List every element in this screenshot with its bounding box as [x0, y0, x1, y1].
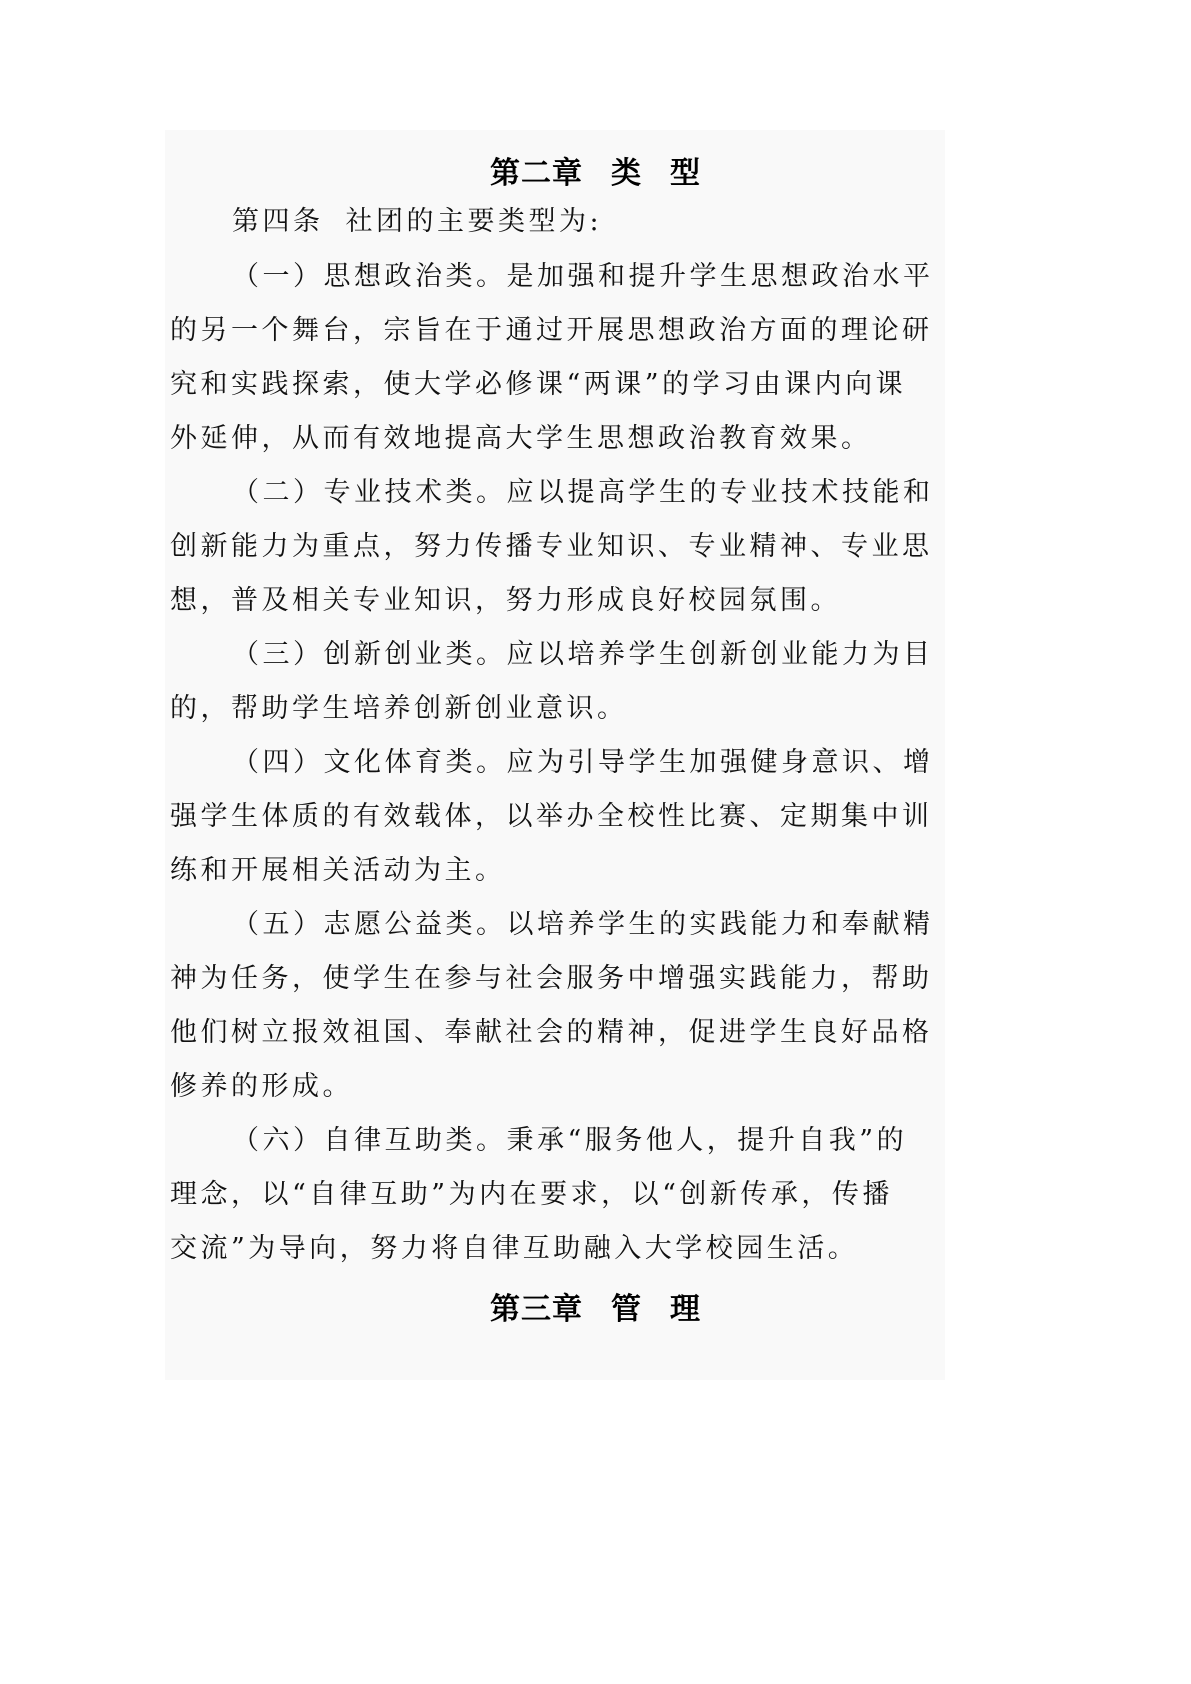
body-text-line: 练和开展相关活动为主。 [170, 854, 915, 888]
body-text-line: 修养的形成。 [170, 1070, 915, 1104]
body-text-line: 究和实践探索，使大学必修课“两课”的学习由课内向课 [170, 368, 915, 402]
body-text-line: 强学生体质的有效载体，以举办全校性比赛、定期集中训 [170, 800, 915, 834]
article-number: 第四条 [232, 206, 324, 237]
chapter-2-word2: 型 [670, 156, 701, 191]
chapter-3-word1: 管 [611, 1292, 642, 1327]
body-text-line: 创新能力为重点，努力传播专业知识、专业精神、专业思 [170, 530, 915, 564]
chapter-2-heading: 第二章类型 [0, 148, 1191, 192]
chapter-3-heading: 第三章管理 [0, 1284, 1191, 1328]
body-text-line: 想，普及相关专业知识，努力形成良好校园氛围。 [170, 584, 915, 618]
article-text: 社团的主要类型为: [346, 206, 603, 237]
body-text-line: 理念，以“自律互助”为内在要求，以“创新传承，传播 [170, 1178, 915, 1212]
body-text-line: （五）志愿公益类。以培养学生的实践能力和奉献精 [232, 908, 977, 942]
body-text-line: （二）专业技术类。应以提高学生的专业技术技能和 [232, 476, 977, 510]
body-text-line: 的另一个舞台，宗旨在于通过开展思想政治方面的理论研 [170, 314, 915, 348]
chapter-2-label: 第二章 [490, 156, 583, 191]
body-text-line: 他们树立报效祖国、奉献社会的精神，促进学生良好品格 [170, 1016, 915, 1050]
article-4-heading: 第四条社团的主要类型为: [232, 205, 977, 239]
chapter-2-word1: 类 [611, 156, 642, 191]
body-text-line: （四）文化体育类。应为引导学生加强健身意识、增 [232, 746, 977, 780]
body-text-line: 神为任务，使学生在参与社会服务中增强实践能力，帮助 [170, 962, 915, 996]
body-text-line: 的，帮助学生培养创新创业意识。 [170, 692, 915, 726]
body-text-line: 交流”为导向，努力将自律互助融入大学校园生活。 [170, 1232, 915, 1266]
chapter-3-label: 第三章 [490, 1292, 583, 1327]
body-text-line: 外延伸，从而有效地提高大学生思想政治教育效果。 [170, 422, 915, 456]
body-text-line: （一）思想政治类。是加强和提升学生思想政治水平 [232, 260, 977, 294]
chapter-3-word2: 理 [670, 1292, 701, 1327]
body-text-line: （三）创新创业类。应以培养学生创新创业能力为目 [232, 638, 977, 672]
body-text-line: （六）自律互助类。秉承“服务他人，提升自我”的 [232, 1124, 977, 1158]
